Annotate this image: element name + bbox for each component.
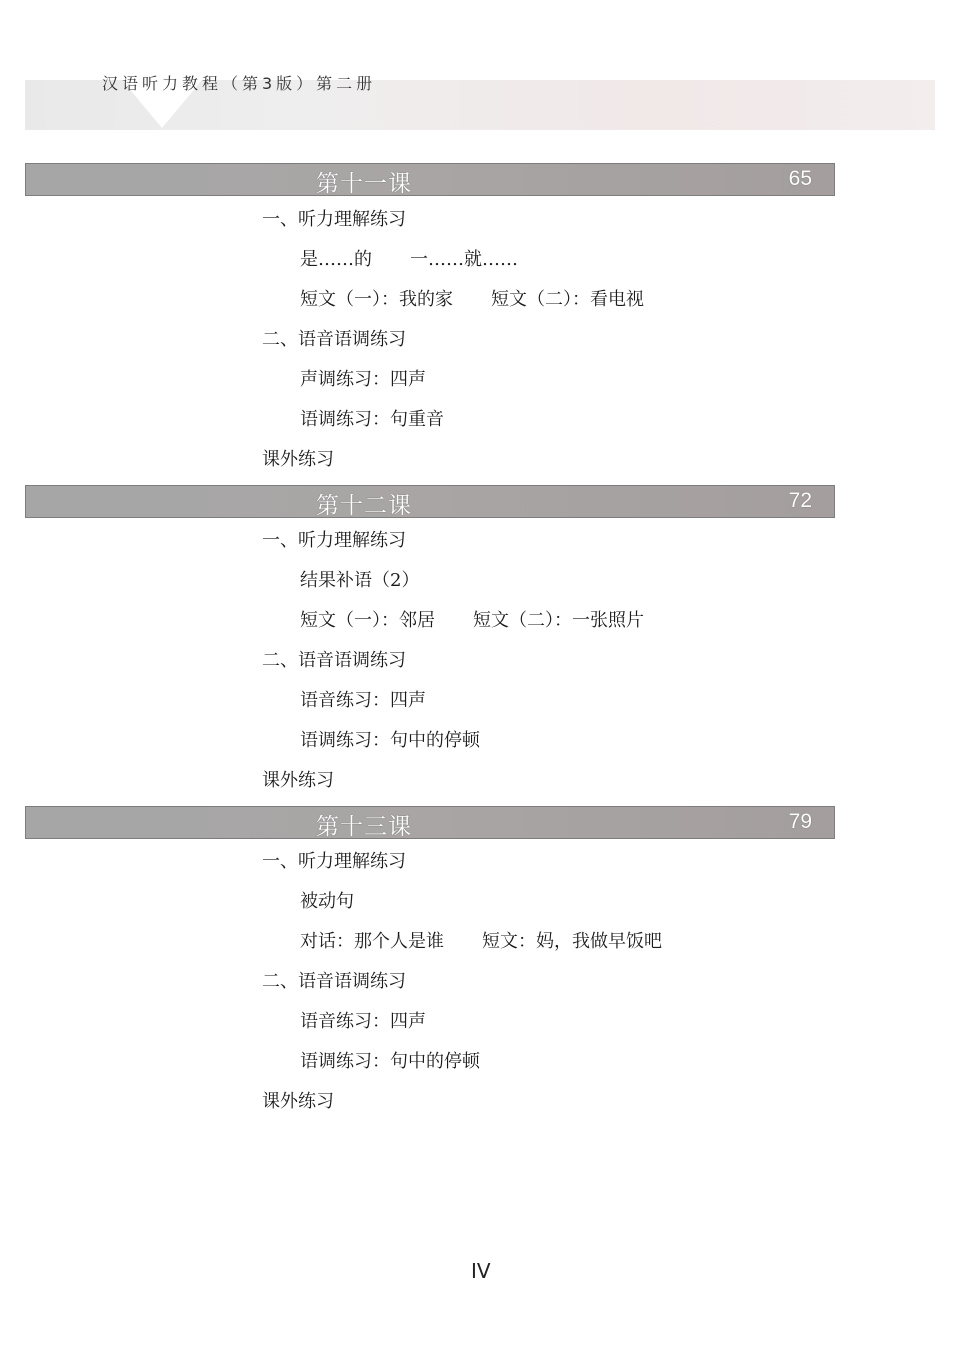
toc-item-row: 短文（一）：我的家短文（二）：看电视 [300,285,644,311]
toc-item-row: 是……的一……就…… [300,245,518,271]
lesson-11-band[interactable]: 第十一课 65 [25,163,835,196]
toc-item[interactable]: 对话：那个人是谁 [300,931,444,952]
toc-item[interactable]: 语调练习：句重音 [300,405,444,431]
toc-item[interactable]: 声调练习：四声 [300,365,426,391]
toc-item[interactable]: 结果补语（2） [300,566,419,592]
toc-item[interactable]: 语调练习：句中的停顿 [300,1047,480,1073]
toc-item[interactable]: 语音练习：四声 [300,686,426,712]
toc-item[interactable]: 被动句 [300,887,354,913]
toc-item[interactable]: 短文（二）：看电视 [491,289,644,310]
toc-item[interactable]: 语调练习：句中的停顿 [300,726,480,752]
section-heading: 二、语音语调练习 [262,967,406,993]
toc-item-row: 短文（一）：邻居短文（二）：一张照片 [300,606,644,632]
toc-item[interactable]: 短文：妈，我做早饭吧 [482,931,662,952]
lesson-12-band[interactable]: 第十二课 72 [25,485,835,518]
page-number: IV [471,1259,491,1283]
extra-exercises[interactable]: 课外练习 [262,445,334,471]
toc-item[interactable]: 短文（一）：我的家 [300,289,453,310]
extra-exercises[interactable]: 课外练习 [262,1087,334,1113]
toc-item[interactable]: 短文（二）：一张照片 [473,610,644,631]
lesson-13-band[interactable]: 第十三课 79 [25,806,835,839]
lesson-title: 第十一课 [316,165,412,198]
book-title: 汉语听力教程（第3版）第二册 [102,71,376,94]
lesson-title: 第十三课 [316,808,412,841]
section-heading: 一、听力理解练习 [262,847,406,873]
toc-item-row: 对话：那个人是谁短文：妈，我做早饭吧 [300,927,662,953]
toc-item[interactable]: 语音练习：四声 [300,1007,426,1033]
lesson-page-number: 79 [789,810,812,834]
toc-item[interactable]: 短文（一）：邻居 [300,610,435,631]
extra-exercises[interactable]: 课外练习 [262,766,334,792]
section-heading: 一、听力理解练习 [262,526,406,552]
toc-item[interactable]: 一……就…… [410,249,518,270]
section-heading: 二、语音语调练习 [262,325,406,351]
section-heading: 一、听力理解练习 [262,205,406,231]
lesson-page-number: 65 [789,167,812,191]
toc-item[interactable]: 是……的 [300,249,372,270]
section-heading: 二、语音语调练习 [262,646,406,672]
lesson-title: 第十二课 [316,487,412,520]
lesson-page-number: 72 [789,489,812,513]
